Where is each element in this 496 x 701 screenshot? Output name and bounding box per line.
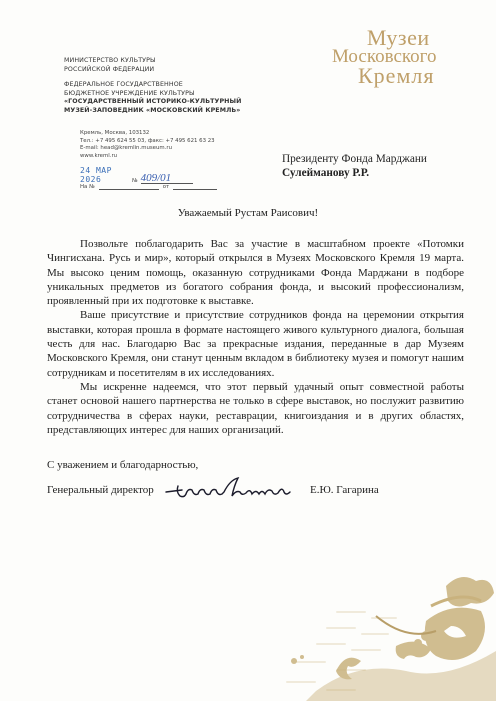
paragraph: Ваше присутствие и присутствие сотрудник… [47,308,464,379]
institution-name-line-1: «ГОСУДАРСТВЕННЫЙ ИСТОРИКО-КУЛЬТУРНЫЙ [64,98,242,107]
letter-body: Позвольте поблагодарить Вас за участие в… [47,237,464,437]
institution-name-line-2: МУЗЕЙ-ЗАПОВЕДНИК «МОСКОВСКИЙ КРЕМЛЬ» [64,107,242,116]
signer-name: Е.Ю. Гагарина [310,484,379,496]
phone-fax: Тел.: +7 495 624 55 03, факс: +7 495 621… [80,138,215,146]
reference-line: На № от [80,183,217,190]
email: E-mail: head@kremlin.museum.ru [80,145,215,153]
letterhead: МИНИСТЕРСТВО КУЛЬТУРЫ РОССИЙСКОЙ ФЕДЕРАЦ… [64,57,242,116]
institution-line-1: ФЕДЕРАЛЬНОЕ ГОСУДАРСТВЕННОЕ [64,81,242,90]
paragraph: Позвольте поблагодарить Вас за участие в… [47,237,464,308]
ref-date-blank [173,183,217,190]
recipient-position: Президенту Фонда Марджани [282,152,427,166]
museum-logo: Музеи Московского Кремля [356,28,436,85]
paragraph: Мы искренне надеемся, что этот первый уд… [47,380,464,437]
ref-label: На № [80,184,95,190]
registration-line: 24 МАР 2026 № 409/01 [80,166,193,184]
recipient-name: Сулейманову Р.Р. [282,166,427,180]
closing: С уважением и благодарностью, [47,459,198,471]
from-label: от [163,184,169,190]
date-stamp: 24 МАР 2026 [80,166,132,184]
ref-number-blank [99,183,159,190]
ministry-line-1: МИНИСТЕРСТВО КУЛЬТУРЫ [64,57,242,66]
decorative-ornament-icon [276,531,496,701]
logo-line-3: Кремля [356,66,436,85]
salutation: Уважаемый Рустам Раисович! [0,207,496,219]
address: Кремль, Москва, 103132 [80,130,215,138]
contacts-block: Кремль, Москва, 103132 Тел.: +7 495 624 … [80,130,215,160]
signer-title: Генеральный директор [47,484,154,496]
recipient-block: Президенту Фонда Марджани Сулейманову Р.… [282,152,427,180]
logo-line-1: Музеи [360,28,436,47]
website: www.kreml.ru [80,153,215,161]
handwritten-signature-icon [164,476,304,502]
letter-page: МИНИСТЕРСТВО КУЛЬТУРЫ РОССИЙСКОЙ ФЕДЕРАЦ… [0,0,496,701]
ministry-line-2: РОССИЙСКОЙ ФЕДЕРАЦИИ [64,66,242,75]
